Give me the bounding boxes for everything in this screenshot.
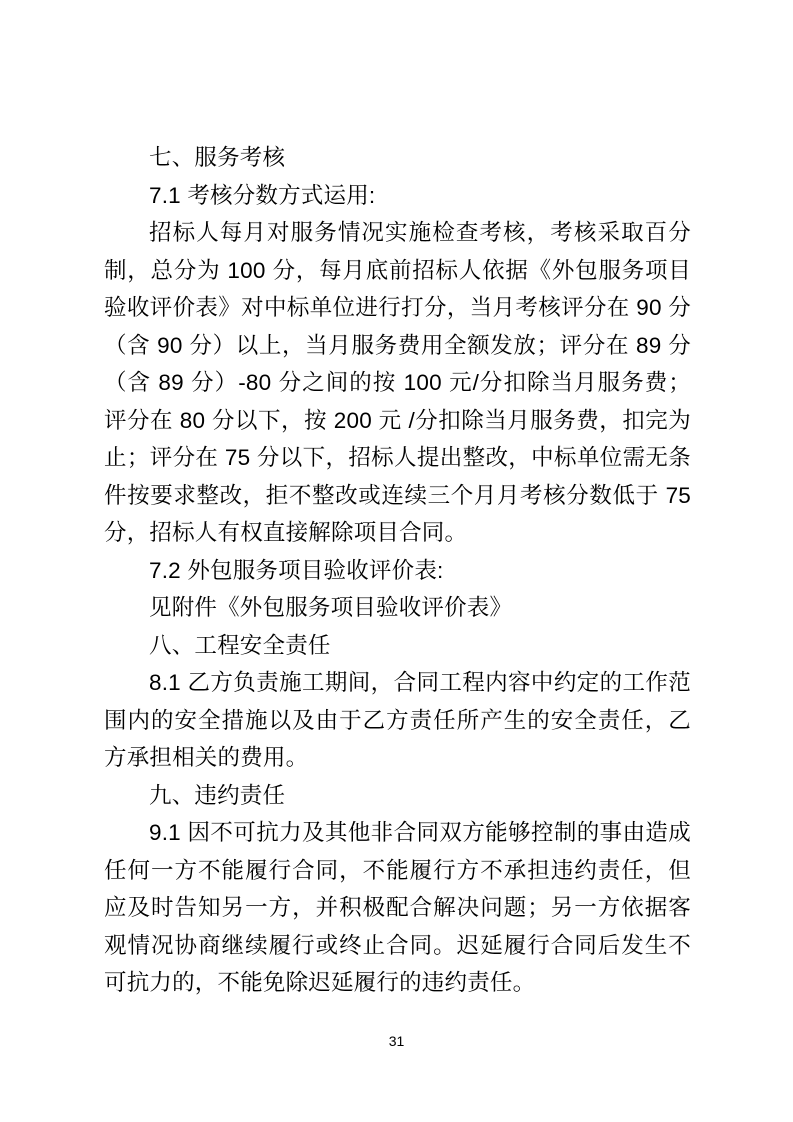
clause-7-1-title: 7.1 考核分数方式运用: [104,177,691,215]
page-number: 31 [389,1033,405,1049]
clause-7-2-title: 7.2 外包服务项目验收评价表: [104,552,691,590]
clause-9-1-body: 9.1 因不可抗力及其他非合同双方能够控制的事由造成任何一方不能履行合同，不能履… [104,814,691,1002]
clause-7-1-body: 招标人每月对服务情况实施检查考核，考核采取百分制，总分为 100 分，每月底前招… [104,214,691,552]
document-page: 七、服务考核 7.1 考核分数方式运用: 招标人每月对服务情况实施检查考核，考核… [0,0,793,1122]
page-footer: 31 [0,1032,793,1051]
clause-7-2-body: 见附件《外包服务项目验收评价表》 [104,589,691,627]
section-8-heading: 八、工程安全责任 [104,627,691,665]
clause-8-1-body: 8.1 乙方负责施工期间，合同工程内容中约定的工作范围内的安全措施以及由于乙方责… [104,664,691,777]
section-9-heading: 九、违约责任 [104,777,691,815]
document-body: 七、服务考核 7.1 考核分数方式运用: 招标人每月对服务情况实施检查考核，考核… [104,139,691,1002]
section-7-heading: 七、服务考核 [104,139,691,177]
